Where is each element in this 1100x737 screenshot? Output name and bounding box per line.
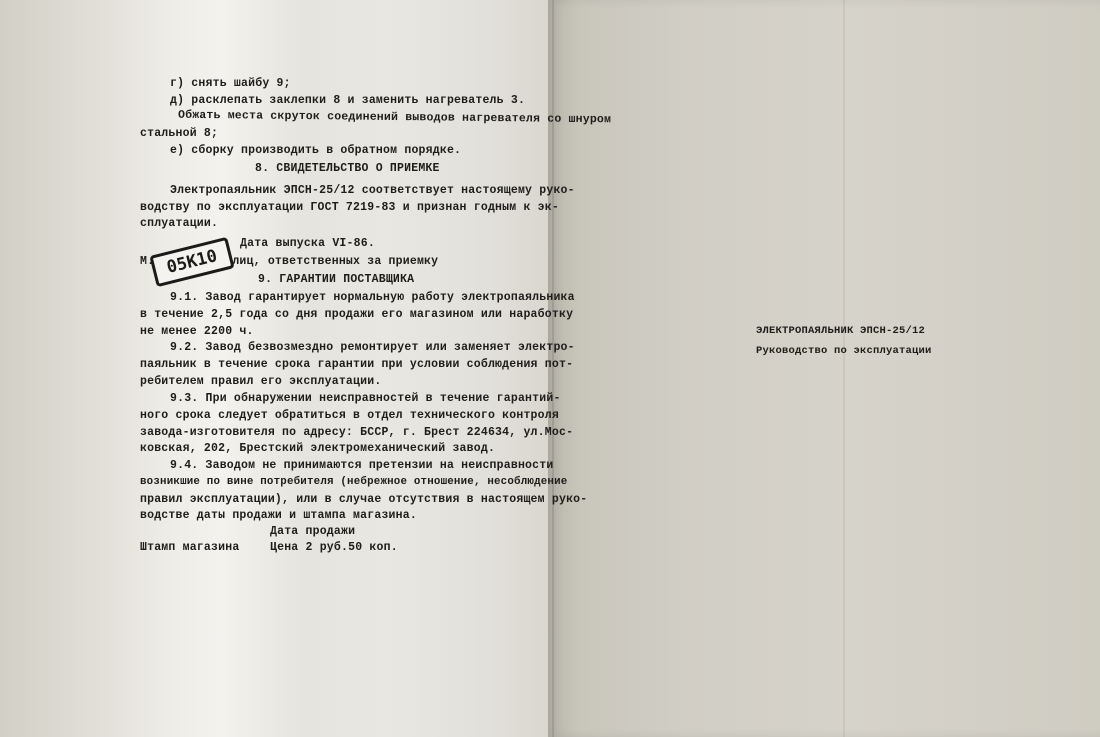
warranty-9-3-line-3: завода-изготовителя по адресу: БССР, г. …: [140, 427, 573, 439]
price-label: Цена 2 руб.50 коп.: [270, 542, 398, 554]
sale-date-label: Дата продажи: [270, 526, 355, 538]
warranty-9-2-line-3: ребителем правил его эксплуатации.: [140, 376, 381, 388]
instruction-g: г) снять шайбу 9;: [170, 78, 291, 90]
warranty-9-2-line-1: 9.2. Завод безвозмездно ремонтирует или …: [170, 342, 575, 354]
cover-title: ЭЛЕКТРОПАЯЛЬНИК ЭПСН-25/12: [756, 326, 925, 337]
section-8-heading: 8. СВИДЕТЕЛЬСТВО О ПРИЕМКЕ: [255, 163, 440, 175]
section-8-line-1: Электропаяльник ЭПСН-25/12 соответствует…: [170, 185, 575, 197]
warranty-9-2-line-2: паяльник в течение срока гарантии при ус…: [140, 359, 573, 371]
warranty-9-4-line-2: возникшие по вине потребителя (небрежное…: [140, 477, 567, 488]
instruction-d: д) расклепать заклепки 8 и заменить нагр…: [170, 95, 525, 107]
section-9-heading: 9. ГАРАНТИИ ПОСТАВЩИКА: [258, 274, 414, 286]
right-page: [548, 0, 1100, 737]
release-date: Дата выпуска VI-86.: [240, 238, 375, 250]
section-8-line-2: водству по эксплуатации ГОСТ 7219-83 и п…: [140, 202, 559, 214]
warranty-9-3-line-2: ного срока следует обратиться в отдел те…: [140, 410, 559, 422]
instruction-crimp-cont: стальной 8;: [140, 128, 218, 140]
page-crease: [843, 0, 845, 737]
warranty-9-3-line-4: ковская, 202, Брестский электромеханичес…: [140, 443, 495, 455]
section-8-line-3: сплуатации.: [140, 218, 218, 230]
warranty-9-3-line-1: 9.3. При обнаружении неисправностей в те…: [170, 393, 561, 405]
warranty-9-4-line-3: правил эксплуатации), или в случае отсут…: [140, 494, 587, 506]
warranty-9-1-line-3: не менее 2200 ч.: [140, 326, 254, 338]
warranty-9-4-line-1: 9.4. Заводом не принимаются претензии на…: [170, 460, 553, 472]
cover-subtitle: Руководство по эксплуатации: [756, 346, 932, 357]
shop-stamp-label: Штамп магазина: [140, 542, 239, 554]
warranty-9-1-line-2: в течение 2,5 года со дня продажи его ма…: [140, 309, 573, 321]
warranty-9-1-line-1: 9.1. Завод гарантирует нормальную работу…: [170, 292, 575, 304]
instruction-e: е) сборку производить в обратном порядке…: [170, 145, 461, 157]
warranty-9-4-line-4: водстве даты продажи и штампа магазина.: [140, 510, 417, 522]
